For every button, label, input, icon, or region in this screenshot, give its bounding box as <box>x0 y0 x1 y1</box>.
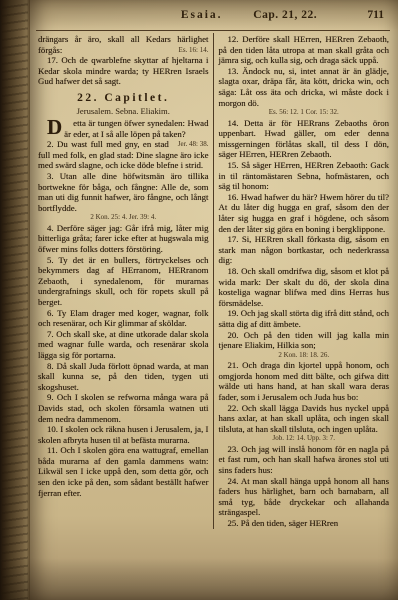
text-columns: drängars år äro, skall all Kedars härlig… <box>36 33 390 529</box>
verse-paragraph: 24. At man skall hänga uppå honom all ha… <box>219 476 390 518</box>
chapter-heading: 22. Capitlet. <box>38 92 209 104</box>
bible-page: Esaia. Cap. 21, 22. 711 drängars år äro,… <box>30 0 398 600</box>
adjacent-page-text-texture <box>2 0 28 600</box>
verse-paragraph: 11. Och I skolen göra ena wattugraf, eme… <box>38 445 209 498</box>
right-column: 12. Derföre skall HErren, HERren Zebaoth… <box>213 33 391 529</box>
verse-paragraph: 22. Och skall lägga Davids hus nyckel up… <box>219 403 390 435</box>
adjacent-page-edge <box>0 0 30 600</box>
cross-reference: Job. 12: 14. Upp. 3: 7. <box>219 434 390 444</box>
verse-paragraph: 23. Och jag will inslå honom för en nagl… <box>219 444 390 476</box>
cross-reference: Es. 56: 12. 1 Cor. 15: 32. <box>219 108 390 118</box>
book-title: Esaia. <box>181 9 223 21</box>
verse-paragraph: 21. Och draga din kjortel uppå honom, oc… <box>219 360 390 402</box>
verse-paragraph: 4. Derföre säger jag: Går ifrå mig, låte… <box>38 223 209 255</box>
verse-paragraph: 7. Och skall ske, at dine utkorade dalar… <box>38 329 209 361</box>
verse-paragraph: 19. Och jag skall störta dig ifrå ditt s… <box>219 308 390 329</box>
verse-paragraph: 16. Hwad hafwer du här? Hwem hörer du ti… <box>219 192 390 234</box>
verse-paragraph: 5. Ty det är en bullers, förtryckelses o… <box>38 255 209 308</box>
verse-paragraph: 12. Derföre skall HErren, HERren Zebaoth… <box>219 34 390 66</box>
header-rule <box>36 30 390 31</box>
verse-paragraph: 18. Och skall omdrifwa dig, såsom et klo… <box>219 266 390 308</box>
chapter-range: Cap. 21, 22. <box>253 9 317 21</box>
verse-paragraph: Detta är tungen öfwer synedalen: Hwad är… <box>38 118 209 139</box>
page-number: 711 <box>367 9 384 21</box>
cross-reference: 2 Kon. 25: 4. Jer. 39: 4. <box>38 213 209 223</box>
inline-reference: Es. 16: 14. <box>179 45 209 56</box>
left-column: drängars år äro, skall all Kedars härlig… <box>36 33 213 529</box>
verse-paragraph: 17. Och de qwarblefne skyttar af hjeltar… <box>38 55 209 87</box>
verse-paragraph: 14. Detta är för HERrans Zebaoths öron u… <box>219 118 390 160</box>
verse-paragraph: 9. Och I skolen se refworna många wara p… <box>38 392 209 424</box>
book-photo: Esaia. Cap. 21, 22. 711 drängars år äro,… <box>0 0 398 600</box>
verse-paragraph: 8. Då skall Juda förlott öpnad warda, at… <box>38 361 209 393</box>
verse-paragraph: 13. Ändock nu, si, intet annat är än glä… <box>219 66 390 108</box>
verse-paragraph: 15. Så säger HErren, HERren Zebaoth: Gac… <box>219 160 390 192</box>
verse-paragraph: 17. Si, HERren skall förkasta dig, såsom… <box>219 234 390 266</box>
verse-continuation: drängars år äro, skall all Kedars härlig… <box>38 34 209 55</box>
chapter-summary: Jerusalem. Sebna. Eliakim. <box>38 106 209 116</box>
cross-reference: 2 Kon. 18: 18. 26. <box>219 351 390 361</box>
verse-paragraph: 6. Ty Elam drager med koger, wagnar, fol… <box>38 308 209 329</box>
verse-paragraph: 10. I skolen ock räkna husen i Jerusalem… <box>38 424 209 445</box>
verse-paragraph: 20. Och på den tiden will jag kalla min … <box>219 330 390 351</box>
verse-paragraph: 25. På den tiden, säger HERren <box>219 518 390 529</box>
drop-cap: D <box>38 118 64 136</box>
inline-reference: Jer. 48: 38. <box>169 139 209 150</box>
verse-paragraph: 3. Utan alle dine höfwitsmän äro tillika… <box>38 171 209 213</box>
running-header: Esaia. Cap. 21, 22. 711 <box>40 6 384 28</box>
